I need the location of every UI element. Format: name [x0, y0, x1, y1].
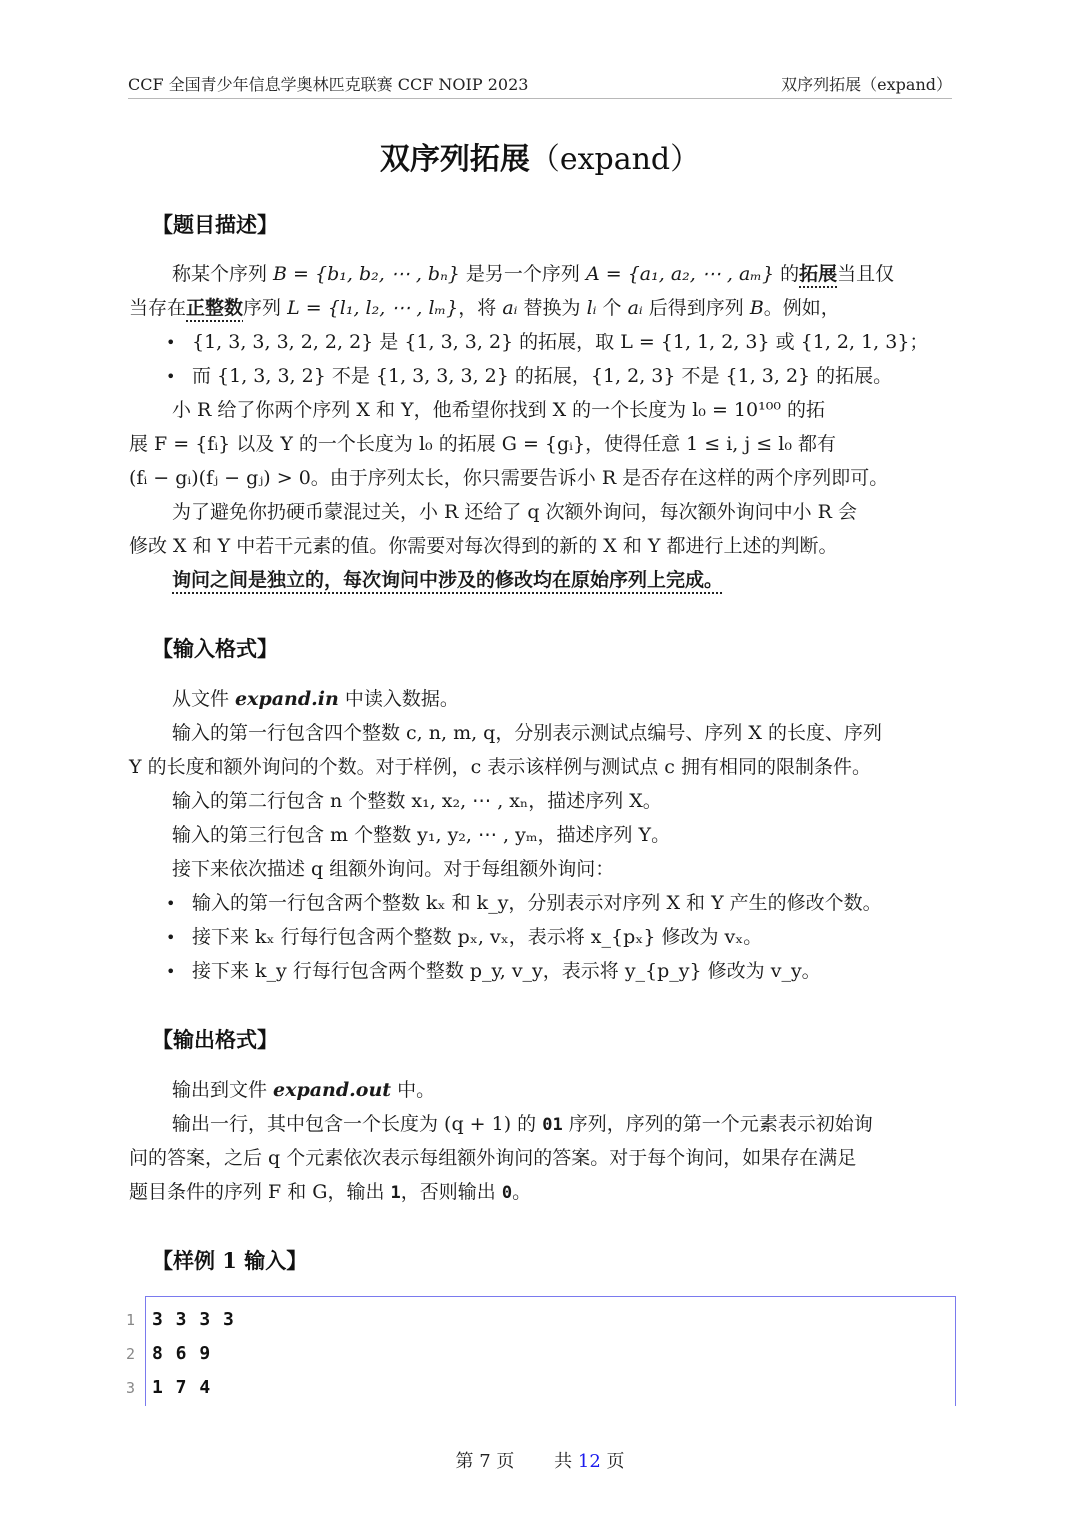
bullet-icon: •: [166, 360, 192, 394]
bullet-icon: •: [166, 955, 192, 989]
input-line-3: 输入的第二行包含 n 个整数 x₁, x₂, ⋯ , xₙ，描述序列 X。: [172, 784, 662, 818]
math-B: B: [750, 297, 764, 319]
text: 中。: [391, 1079, 435, 1101]
description-p2-line2: 展 F = {fᵢ} 以及 Y 的一个长度为 l₀ 的拓展 G = {gᵢ}，使…: [129, 427, 836, 461]
page-footer: 第 7 页 共 12 页: [0, 1450, 1080, 1474]
math-ai: aᵢ: [502, 297, 517, 319]
header-contest-name: CCF 全国青少年信息学奥林匹克联赛 CCF NOIP 2023: [128, 74, 528, 96]
input-bullet-2: •接下来 kₓ 行每行包含两个整数 pₓ, vₓ，表示将 x_{pₓ} 修改为 …: [166, 920, 762, 955]
code-line: 1 3 3 3 3: [146, 1303, 955, 1337]
code-text: 1 7 4: [152, 1371, 211, 1405]
description-p2-line1: 小 R 给了你两个序列 X 和 Y，他希望你找到 X 的一个长度为 l₀ = 1…: [172, 393, 825, 427]
text: 从文件: [172, 688, 235, 710]
text: 第: [455, 1451, 479, 1472]
input-bullet-3: •接下来 k_y 行每行包含两个整数 p_y, v_y，表示将 y_{p_y} …: [166, 954, 821, 989]
emphasis-term-positive-integer: 正整数: [186, 297, 243, 319]
description-bullet-1: •{1, 3, 3, 3, 2, 2, 2} 是 {1, 3, 3, 2} 的拓…: [166, 325, 928, 360]
input-bullet-1: •输入的第一行包含两个整数 kₓ 和 k_y，分别表示对序列 X 和 Y 产生的…: [166, 886, 882, 921]
code-text: 3 3 3 3: [152, 1303, 235, 1337]
running-header: CCF 全国青少年信息学奥林匹克联赛 CCF NOIP 2023 双序列拓展（e…: [128, 72, 952, 99]
bullet-icon: •: [166, 326, 192, 360]
header-problem-name: 双序列拓展（expand）: [781, 74, 952, 96]
text: 。例如，: [764, 297, 840, 319]
line-number: 2: [119, 1337, 135, 1371]
problem-title-cn: 双序列拓展: [380, 142, 530, 177]
description-p2-line3: (fᵢ − gᵢ)(fⱼ − gⱼ) > 0。由于序列太长，你只需要告诉小 R …: [129, 461, 888, 495]
text: 个: [596, 297, 627, 319]
math-A: A = {a₁, a₂, ⋯ , aₘ}: [586, 263, 774, 285]
text: 序列: [243, 297, 287, 319]
text: ，否则输出: [401, 1181, 502, 1203]
math-ai: aᵢ: [628, 297, 643, 319]
text: 页: [601, 1451, 625, 1472]
output-line-2: 问的答案，之后 q 个元素依次表示每组额外询问的答案。对于每个询问，如果存在满足: [129, 1141, 856, 1175]
output-filename: expand.out: [273, 1079, 391, 1101]
problem-title-latin: （expand）: [530, 142, 700, 177]
bullet-text: 输入的第一行包含两个整数 kₓ 和 k_y，分别表示对序列 X 和 Y 产生的修…: [192, 892, 882, 914]
text: 后得到序列: [643, 297, 750, 319]
text: 替换为: [517, 297, 586, 319]
input-filename: expand.in: [235, 688, 339, 710]
text: 当且仅: [837, 263, 894, 285]
text: 是另一个序列: [460, 263, 586, 285]
description-p3-line1: 为了避免你扔硬币蒙混过关，小 R 还给了 q 次额外询问，每次额外询问中小 R …: [172, 495, 857, 529]
text: 中读入数据。: [339, 688, 459, 710]
input-line-1: 输入的第一行包含四个整数 c, n, m, q，分别表示测试点编号、序列 X 的…: [172, 716, 882, 750]
text: 页: [491, 1451, 515, 1472]
section-heading-description: 【题目描述】: [152, 210, 278, 240]
description-p1-line1: 称某个序列 B = {b₁, b₂, ⋯ , bₙ} 是另一个序列 A = {a…: [172, 257, 894, 291]
bullet-text: 接下来 kₓ 行每行包含两个整数 pₓ, vₓ，表示将 x_{pₓ} 修改为 v…: [192, 926, 762, 948]
output-file-line: 输出到文件 expand.out 中。: [172, 1073, 435, 1107]
bullet-text: 而 {1, 3, 3, 2} 不是 {1, 3, 3, 3, 2} 的拓展，{1…: [192, 365, 892, 387]
page-total: 共 12 页: [554, 1451, 624, 1472]
text: ，将: [458, 297, 502, 319]
line-number: 1: [119, 1303, 135, 1337]
section-heading-input: 【输入格式】: [152, 634, 278, 664]
emphasis-term-expand: 拓展: [799, 263, 837, 285]
text: 题目条件的序列 F 和 G，输出: [129, 1181, 391, 1203]
math-L: L = {l₁, l₂, ⋯ , lₘ}: [287, 297, 458, 319]
bullet-icon: •: [166, 887, 192, 921]
input-file-line: 从文件 expand.in 中读入数据。: [172, 682, 459, 716]
code-line: 3 1 7 4: [146, 1371, 955, 1405]
input-line-4: 输入的第三行包含 m 个整数 y₁, y₂, ⋯ , yₘ，描述序列 Y。: [172, 818, 670, 852]
problem-title: 双序列拓展（expand）: [0, 138, 1080, 182]
text: 称某个序列: [172, 263, 273, 285]
bullet-text: 接下来 k_y 行每行包含两个整数 p_y, v_y，表示将 y_{p_y} 修…: [192, 960, 821, 982]
current-page: 7: [479, 1451, 490, 1472]
bullet-text: {1, 3, 3, 3, 2, 2, 2} 是 {1, 3, 3, 2} 的拓展…: [192, 331, 928, 353]
description-p3-line2: 修改 X 和 Y 中若干元素的值。你需要对每次得到的新的 X 和 Y 都进行上述…: [129, 529, 837, 563]
description-bullet-2: •而 {1, 3, 3, 2} 不是 {1, 3, 3, 3, 2} 的拓展，{…: [166, 359, 892, 394]
math-li: lᵢ: [587, 297, 597, 319]
code-line: 2 8 6 9: [146, 1337, 955, 1371]
text: 共: [554, 1451, 578, 1472]
text: 。: [512, 1181, 531, 1203]
code-text: 8 6 9: [152, 1337, 211, 1371]
text: 输出一行，其中包含一个长度为 (q + 1) 的: [172, 1113, 542, 1135]
bullet-icon: •: [166, 921, 192, 955]
text: 当存在: [129, 297, 186, 319]
math-B: B = {b₁, b₂, ⋯ , bₙ}: [273, 263, 460, 285]
input-line-2: Y 的长度和额外询问的个数。对于样例，c 表示该样例与测试点 c 拥有相同的限制…: [129, 750, 871, 784]
description-p1-line2: 当存在正整数序列 L = {l₁, l₂, ⋯ , lₘ}，将 aᵢ 替换为 l…: [129, 291, 840, 325]
output-line-1: 输出一行，其中包含一个长度为 (q + 1) 的 01 序列，序列的第一个元素表…: [172, 1107, 873, 1142]
line-number: 3: [119, 1371, 135, 1405]
input-line-5: 接下来依次描述 q 组额外询问。对于每组额外询问：: [172, 852, 614, 886]
section-heading-output: 【输出格式】: [152, 1025, 278, 1055]
inline-code-1: 1: [391, 1183, 401, 1203]
text: 序列，序列的第一个元素表示初始询: [563, 1113, 873, 1135]
page-number: 第 7 页: [455, 1451, 514, 1472]
sample-input-code-block: 1 3 3 3 3 2 8 6 9 3 1 7 4: [145, 1296, 956, 1406]
total-pages-link[interactable]: 12: [578, 1451, 601, 1472]
description-important-note: 询问之间是独立的，每次询问中涉及的修改均在原始序列上完成。: [172, 563, 723, 597]
output-line-3: 题目条件的序列 F 和 G，输出 1，否则输出 0。: [129, 1175, 531, 1210]
text: 输出到文件: [172, 1079, 273, 1101]
inline-code-01: 01: [542, 1115, 562, 1135]
text: 的: [774, 263, 799, 285]
section-heading-sample1-input: 【样例 1 输入】: [152, 1246, 307, 1276]
inline-code-0: 0: [502, 1183, 512, 1203]
